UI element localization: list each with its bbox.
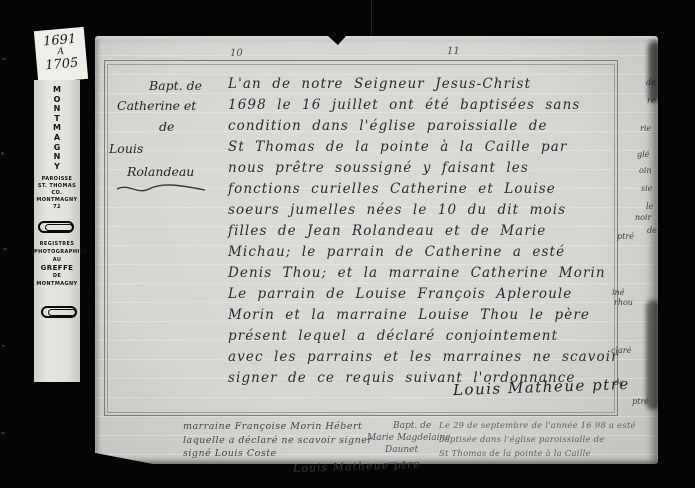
spine-title-vertical: M O N T M A G N Y xyxy=(34,85,80,171)
film-crease xyxy=(371,0,372,38)
edge-text-fragment: le xyxy=(646,202,653,211)
film-edge-shadow xyxy=(648,42,660,102)
film-speck xyxy=(1,152,4,155)
spine-parish-label: PAROISSE ST. THOMAS CO. MONTMAGNY 72 xyxy=(34,176,80,211)
film-speck xyxy=(3,248,7,250)
entry2-margin-flourish xyxy=(385,458,419,468)
microfilm-scan-screen: { "film": { "page_number_left": "10", "p… xyxy=(0,0,695,488)
paperclip-icon xyxy=(38,221,74,233)
edge-text-fragment: claré xyxy=(611,346,631,355)
edge-text-fragment: iné xyxy=(612,288,624,297)
page-number-right: 11 xyxy=(447,46,460,57)
spine-registres-label: REGISTRES PHOTOGRAPHIES AU GREFFE DE MON… xyxy=(34,240,80,288)
entry2-body-text: Le 29 de septembre de l'année 16 98 a es… xyxy=(439,419,636,461)
edge-text-fragment: oin xyxy=(639,166,652,175)
edge-text-fragment: noir xyxy=(635,213,651,222)
entry-addendum-text: marraine Françoise Morin Hébert laquelle… xyxy=(183,420,372,461)
edge-text-fragment: sie xyxy=(641,184,652,193)
edge-text-fragment: de xyxy=(647,226,657,235)
register-page: 10 11 Bapt. de Catherine et de Louis Rol… xyxy=(95,36,658,464)
edge-text-fragment: rie xyxy=(640,124,651,133)
film-speck xyxy=(1,432,5,434)
film-speck xyxy=(2,58,6,60)
entry-body-text: L'an de notre Seigneur Jesus-Christ 1698… xyxy=(228,74,658,389)
margin-flourish xyxy=(115,182,207,196)
paperclip-icon xyxy=(41,306,77,318)
spine-year-label: 1691 A 1705 xyxy=(34,27,88,83)
edge-text-fragment: glé xyxy=(637,150,649,159)
spine-strip: M O N T M A G N Y PAROISSE ST. THOMAS CO… xyxy=(34,80,80,382)
spine-year-end: 1705 xyxy=(36,55,87,74)
edge-text-fragment: ptré xyxy=(617,232,634,241)
film-edge-shadow xyxy=(646,300,660,410)
edge-text-fragment: de xyxy=(614,378,624,387)
page-number-left: 10 xyxy=(230,48,243,59)
film-speck xyxy=(2,345,5,347)
edge-text-fragment: rhou xyxy=(614,298,633,307)
entry-margin-names: Bapt. de Catherine et de Louis Rolandeau xyxy=(109,76,224,183)
